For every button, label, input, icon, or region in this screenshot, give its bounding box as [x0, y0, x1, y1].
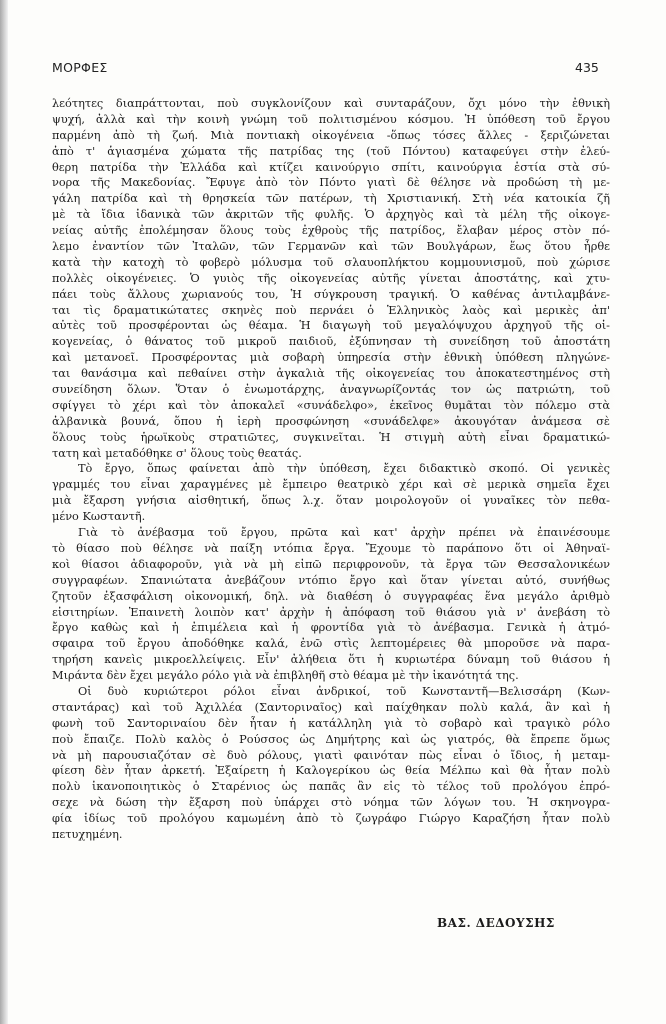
text-line: κατὰ τὴν κατοχὴ τὸ φοβερὸ μόλυσμα τοῦ σλ… [52, 255, 610, 271]
text-line: συγγραφέων. Σπανιώτατα ἀνεβάζουν ντόπιο … [52, 573, 610, 589]
text-line: κογενείας, ὁ θάνατος τοῦ μικροῦ παιδιοῦ,… [52, 334, 610, 350]
running-head: ΜΟΡΦΕΣ [52, 60, 108, 75]
text-line: πετυχημένη. [52, 827, 610, 843]
page-binding-edge [0, 0, 8, 1024]
article-body: λεότητες διαπράττονται, ποὺ συγκλονίζουν… [52, 96, 610, 843]
text-line: σφίγγει τὸ χέρι καὶ τὸν ἀποκαλεῖ «συνάδε… [52, 398, 610, 414]
article-paragraph: λεότητες διαπράττονται, ποὺ συγκλονίζουν… [52, 96, 610, 461]
text-line: γραμμές του εἶναι χαραγμένες μὲ ἔμπειρο … [52, 477, 610, 493]
text-line: μιὰ ἔξαρση γνήσια αἰσθητική, ὅπως λ.χ. ὅ… [52, 493, 610, 509]
author-signature: ΒΑΣ. ΔΕΔΟΥΣΗΣ [437, 916, 555, 930]
text-line: φωνὴ τοῦ Σαντοριναίου δὲν ἦταν ἡ κατάλλη… [52, 716, 610, 732]
text-line: ὅλους τοὺς ἡρωϊκοὺς στρατιῶτες, συγκινεῖ… [52, 430, 610, 446]
text-line: εἰσιτηρίων. Ἐπαινετὴ λοιπὸν κατ' ἀρχὴν ἡ… [52, 605, 610, 621]
text-line: νορα τῆς Μακεδονίας. Ἔφυγε ἀπὸ τὸν Πόντο… [52, 175, 610, 191]
text-line: Τὸ ἔργο, ὅπως φαίνεται ἀπὸ τὴν ὑπόθεση, … [52, 461, 610, 477]
text-line: Οἱ δυὸ κυριώτεροι ρόλοι εἶναι ἀνδρικοί, … [52, 684, 610, 700]
text-line: λεμο ἐναντίον τῶν Ἰταλῶν, τῶν Γερμανῶν κ… [52, 239, 610, 255]
text-line: σεχε νὰ δώση τὴν ἔξαρση ποὺ ὑπάρχει στὸ … [52, 795, 610, 811]
text-line: ἀλβανικὰ βουνά, ὅπου ἡ ἱερὴ προσφώνηση «… [52, 414, 610, 430]
text-line: γάλη πατρίδα καὶ τὴ θρησκεία τῶν πατέρων… [52, 191, 610, 207]
text-line: ποὺ ἔπαιζε. Πολὺ καλὸς ὁ Ρούσσος ὡς Δημή… [52, 732, 610, 748]
text-line: σταντάρας) καὶ τοῦ Ἀχιλλέα (Σαντοριναῖος… [52, 700, 610, 716]
text-line: Γιὰ τὸ ἀνέβασμα τοῦ ἔργου, πρῶτα καὶ κατ… [52, 525, 610, 541]
article-paragraph: Τὸ ἔργο, ὅπως φαίνεται ἀπὸ τὴν ὑπόθεση, … [52, 461, 610, 525]
text-line: συνείδηση ὅλων. Ὅταν ὁ ἐνωμοτάρχης, ἀναγ… [52, 382, 610, 398]
text-line: πολλὲς οἰκογένειες. Ὁ γυιὸς τῆς οἰκογενε… [52, 271, 610, 287]
text-line: μὲ τὰ ἴδια ἰδανικὰ τῶν ἀκριτῶν τῆς φυλῆς… [52, 207, 610, 223]
text-line: ἀπὸ τ' ἁγιασμένα χώματα τῆς πατρίδας της… [52, 144, 610, 160]
text-line: τὸ θίασο ποὺ θέλησε νὰ παίξη ντόπια ἔργα… [52, 541, 610, 557]
text-line: μένο Κωσταντῆ. [52, 509, 610, 525]
article-paragraph: Γιὰ τὸ ἀνέβασμα τοῦ ἔργου, πρῶτα καὶ κατ… [52, 525, 610, 684]
text-line: Μιράντα δὲν ἔχει μεγάλο ρόλο γιὰ νὰ ἐπιβ… [52, 668, 610, 684]
text-line: ται θανάσιμα καὶ πεθαίνει στὴν ἀγκαλιὰ τ… [52, 366, 610, 382]
text-line: τηρήση κανεὶς μικροελλείψεις. Εἶν' ἀλήθε… [52, 652, 610, 668]
text-line: φία ἰδίως τοῦ προλόγου καμωμένη ἀπὸ τὸ ζ… [52, 811, 610, 827]
text-line: ψυχή, ἀλλὰ καὶ τὴν κοινὴ γνώμη τοῦ πολιτ… [52, 112, 610, 128]
text-line: κοὶ θίασοι ἀδιαφοροῦν, γιὰ νὰ μὴ εἰπῶ πε… [52, 557, 610, 573]
article-paragraph: Οἱ δυὸ κυριώτεροι ρόλοι εἶναι ἀνδρικοί, … [52, 684, 610, 843]
text-line: καὶ μετανοεῖ. Προσφέροντας μιὰ σοβαρὴ ὑπ… [52, 350, 610, 366]
page-number: 435 [575, 60, 599, 75]
text-line: θερη πατρίδα τὴν Ἑλλάδα καὶ κτίζει καινο… [52, 160, 610, 176]
text-line: πολὺ ἱκανοποιητικὸς ὁ Σταρένιος ὡς παπᾶς… [52, 779, 610, 795]
text-line: λεότητες διαπράττονται, ποὺ συγκλονίζουν… [52, 96, 610, 112]
text-line: πάει τοὺς ἄλλους χωριανούς του, Ἡ σύγκρο… [52, 287, 610, 303]
text-line: τατη καὶ μεταδόθηκε σ' ὅλους τοὺς θεατάς… [52, 446, 610, 462]
text-line: νείας αὐτῆς ἐπολέμησαν ὅλους τοὺς ἐχθροὺ… [52, 223, 610, 239]
text-line: ται τὶς δραματικώτατες σκηνὲς ποὺ περνάε… [52, 303, 610, 319]
text-line: αὐτὲς τοῦ προσφέρονται ὡς θέαμα. Ἡ διαγω… [52, 318, 610, 334]
text-line: ζητοῦν ἐξασφάλιση οἰκονομική, δηλ. νὰ δι… [52, 589, 610, 605]
text-line: σφαιρα τοῦ ἔργου ἀποδόθηκε καλά, ἐνῶ στὶ… [52, 636, 610, 652]
text-line: νὰ μὴ παρουσιαζόταν σὲ δυὸ ρόλους, γιατὶ… [52, 748, 610, 764]
text-line: παρμένη ἀπὸ τὴ ζωή. Μιὰ ποντιακὴ οἰκογέν… [52, 128, 610, 144]
text-line: ἔργο καθὼς καὶ ἡ ἐπιμέλεια καὶ ἡ φροντίδ… [52, 620, 610, 636]
text-line: φίεση δὲν ἦταν ἀρκετή. Ἐξαίρετη ἡ Καλογε… [52, 763, 610, 779]
